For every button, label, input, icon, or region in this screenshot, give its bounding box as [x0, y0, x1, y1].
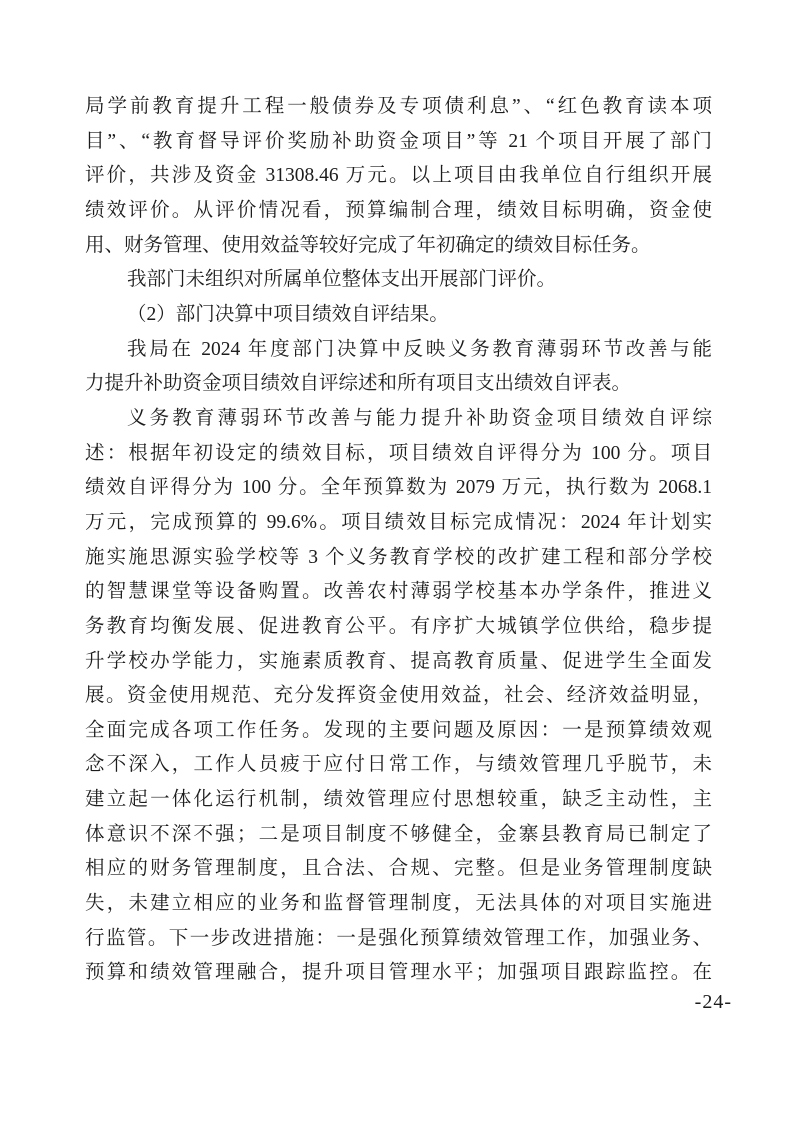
page-number: -24- [695, 991, 732, 1014]
text-line: 力提升补助资金项目绩效自评综述和所有项目支出绩效自评表。 [85, 367, 712, 402]
text-line: 的智慧课堂等设备购置。改善农村薄弱学校基本办学条件，推进义 [85, 575, 712, 610]
text-line: 用、财务管理、使用效益等较好完成了年初确定的绩效目标任务。 [85, 229, 712, 264]
text-line: 预算和绩效管理融合，提升项目管理水平；加强项目跟踪监控。在 [85, 956, 712, 991]
text-line: 行监管。下一步改进措施：一是强化预算绩效管理工作，加强业务、 [85, 922, 712, 957]
text-line: 体意识不深不强；二是项目制度不够健全，金寨县教育局已制定了 [85, 818, 712, 853]
text-line: （2）部门决算中项目绩效自评结果。 [85, 298, 712, 333]
text-line: 义务教育薄弱环节改善与能力提升补助资金项目绩效自评综 [85, 402, 712, 437]
document-page: 局学前教育提升工程一般债券及专项债利息”、“红色教育读本项目”、“教育督导评价奖… [0, 0, 793, 1122]
text-line: 绩效评价。从评价情况看，预算编制合理，绩效目标明确，资金使 [85, 194, 712, 229]
text-line: 相应的财务管理制度，且合法、合规、完整。但是业务管理制度缺 [85, 852, 712, 887]
text-line: 万元，完成预算的 99.6%。项目绩效目标完成情况：2024 年计划实 [85, 506, 712, 541]
text-line: 务教育均衡发展、促进教育公平。有序扩大城镇学位供给，稳步提 [85, 610, 712, 645]
text-line: 念不深入，工作人员疲于应付日常工作，与绩效管理几乎脱节，未 [85, 748, 712, 783]
text-line: 目”、“教育督导评价奖励补助资金项目”等 21 个项目开展了部门 [85, 125, 712, 160]
text-line: 局学前教育提升工程一般债券及专项债利息”、“红色教育读本项 [85, 90, 712, 125]
text-line: 评价，共涉及资金 31308.46 万元。以上项目由我单位自行组织开展 [85, 159, 712, 194]
text-line: 施实施思源实验学校等 3 个义务教育学校的改扩建工程和部分学校 [85, 541, 712, 576]
document-body: 局学前教育提升工程一般债券及专项债利息”、“红色教育读本项目”、“教育督导评价奖… [85, 90, 712, 991]
text-line: 升学校办学能力，实施素质教育、提高教育质量、促进学生全面发 [85, 645, 712, 680]
text-line: 全面完成各项工作任务。发现的主要问题及原因：一是预算绩效观 [85, 714, 712, 749]
text-line: 建立起一体化运行机制，绩效管理应付思想较重，缺乏主动性，主 [85, 783, 712, 818]
text-line: 展。资金使用规范、充分发挥资金使用效益，社会、经济效益明显， [85, 679, 712, 714]
text-line: 失，未建立相应的业务和监督管理制度，无法具体的对项目实施进 [85, 887, 712, 922]
text-line: 述：根据年初设定的绩效目标，项目绩效自评得分为 100 分。项目 [85, 437, 712, 472]
text-line: 我局在 2024 年度部门决算中反映义务教育薄弱环节改善与能 [85, 333, 712, 368]
text-line: 绩效自评得分为 100 分。全年预算数为 2079 万元，执行数为 2068.1 [85, 471, 712, 506]
text-line: 我部门未组织对所属单位整体支出开展部门评价。 [85, 263, 712, 298]
